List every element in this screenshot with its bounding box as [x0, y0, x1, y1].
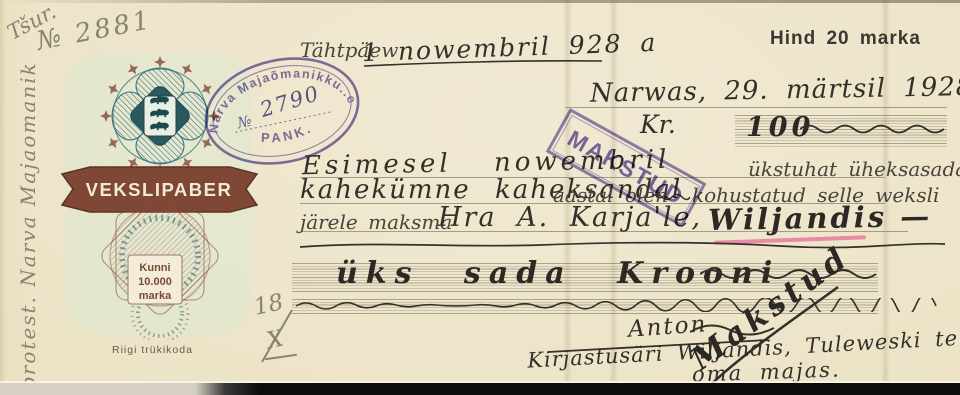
limit-box: Kunni 10.000 marka: [128, 255, 182, 304]
limit-line3: marka: [139, 290, 172, 302]
printer-imprint: Riigi trükikoda: [112, 344, 193, 356]
stamp-number-value: 2790: [256, 81, 323, 122]
due-date-underline: [364, 58, 604, 68]
amount-digits-flourish: [800, 122, 945, 136]
form-rule: [300, 231, 908, 232]
void-wave-line: [296, 298, 941, 312]
svg-text:PANK.: PANK.: [258, 119, 316, 149]
scanned-promissory-note: VEKSLIPABER Kunni 10.000 marka Riigi trü…: [0, 0, 960, 395]
stamp-bank-word: PANK.: [258, 119, 316, 149]
currency-abbrev: Kr.: [640, 110, 676, 139]
three-lions: [150, 96, 169, 130]
price-label: Hind 20 marka: [770, 28, 921, 50]
signature-slash: [700, 285, 840, 395]
form-rule: [565, 107, 947, 108]
scan-top-edge: [0, 0, 960, 3]
pen-separator-line: [300, 238, 945, 250]
limit-line2: 10.000: [138, 276, 172, 288]
place-date-line: Narwas, 29. märtsil 1928 a.: [590, 71, 960, 108]
limit-line1: Kunni: [139, 262, 170, 274]
scan-bottom-bar: [0, 383, 960, 395]
margin-note-vertical: protest. Narva Majaomanik: [16, 55, 40, 390]
document-type-title: VEKSLIPABER: [86, 179, 233, 200]
